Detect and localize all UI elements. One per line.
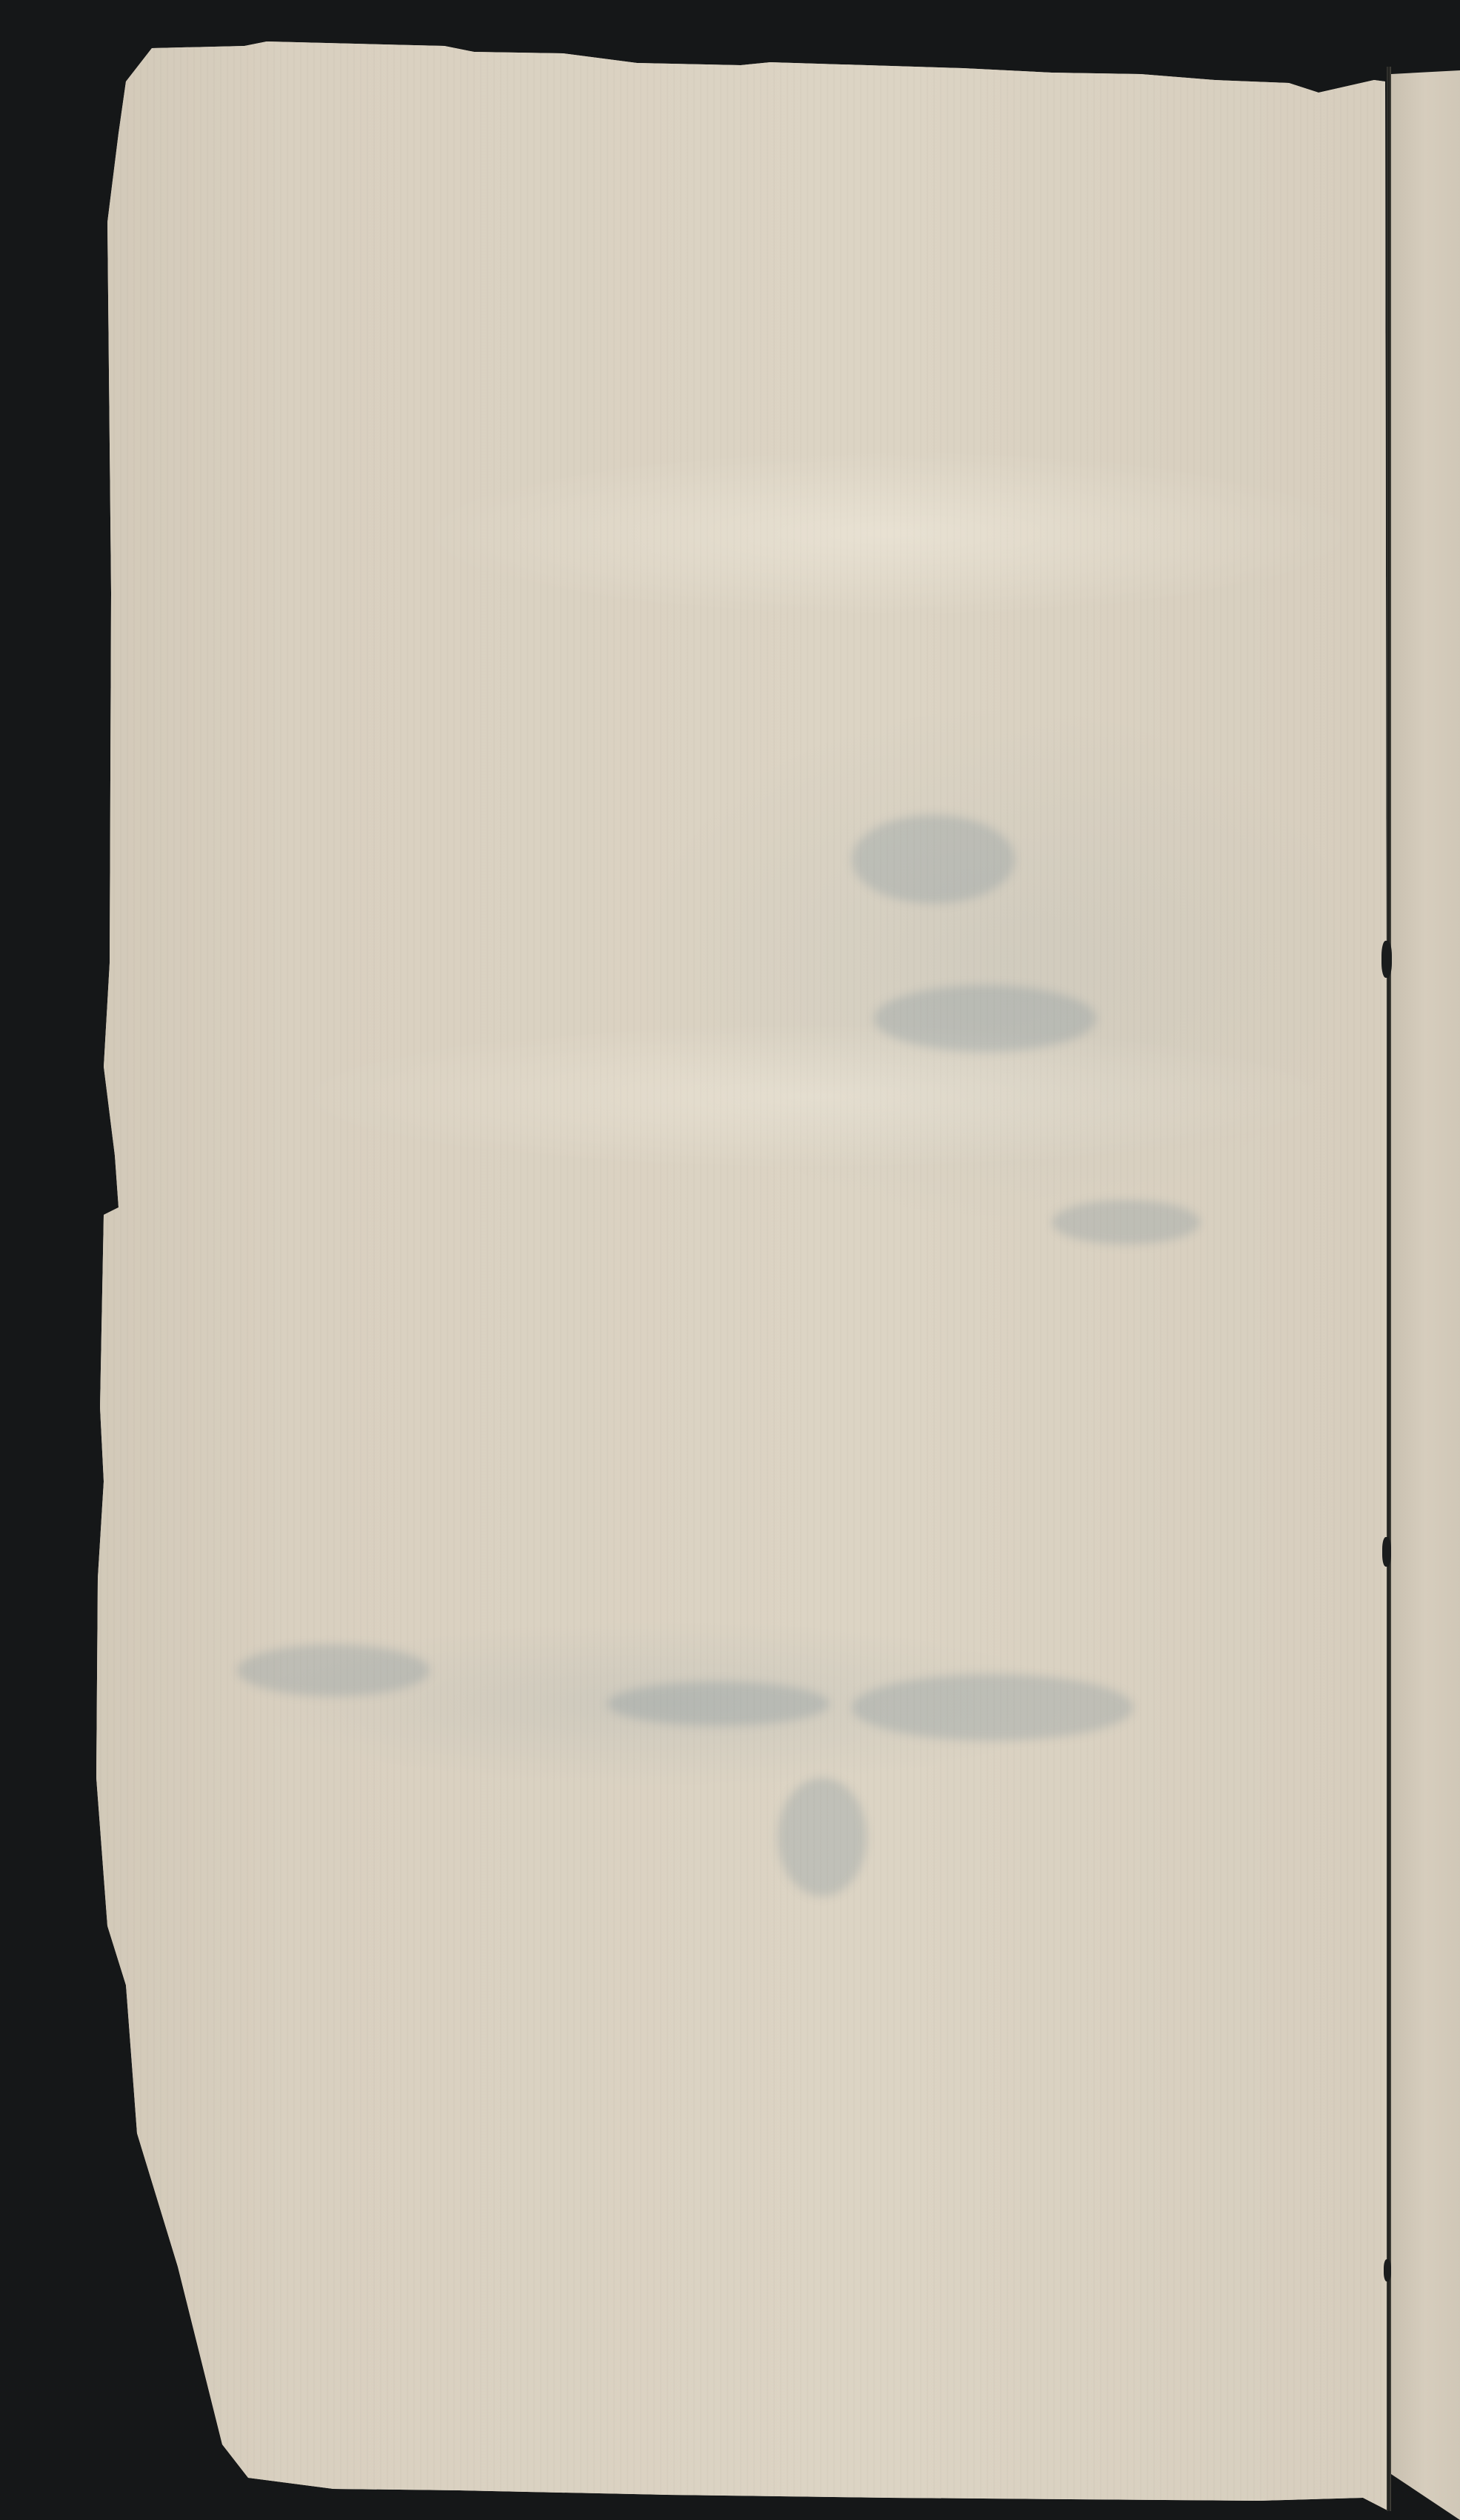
ink-stain: [852, 1674, 1133, 1741]
scan-canvas: [0, 0, 1460, 2520]
ink-stain: [237, 1644, 430, 1696]
gutter-tear: [1384, 2259, 1391, 2281]
ink-stain: [874, 985, 1096, 1052]
gutter-tear: [1381, 941, 1392, 978]
gutter-tear: [1382, 1537, 1391, 1567]
ink-stain: [778, 1778, 867, 1896]
ink-stain: [607, 1681, 830, 1726]
facing-page-edge: [1391, 0, 1460, 2520]
ink-stain: [852, 815, 1015, 904]
ink-stain: [1052, 1200, 1200, 1244]
book-gutter: [1387, 67, 1391, 2511]
blank-page-leaf: [0, 0, 1460, 2520]
